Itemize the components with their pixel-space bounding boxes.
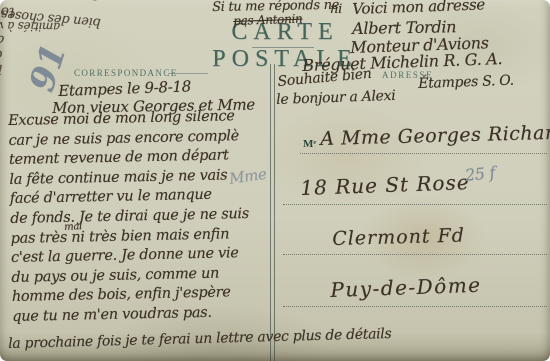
address-line-4: Puy-de-Dôme [330,273,482,302]
postcard-scan: CARTE POSTALE CORRESPONDANCE ADRESSE Mᵉ … [0,0,550,361]
postcard-back: CARTE POSTALE CORRESPONDANCE ADRESSE Mᵉ … [0,0,550,361]
address-ruled-line [283,254,547,256]
inverted-note: dans le journal que le chemin [0,44,2,62]
greeting-line2: le bonjour a Alexi [276,88,396,108]
reply-note-end: ni [330,2,342,17]
correspondence-body: Excuse moi de mon long silence car je ne… [8,106,280,327]
address-ruled-line [283,306,547,308]
address-ruled-line [283,204,547,206]
inverted-note: J. Bordier [39,0,99,2]
correspondance-rule [168,73,208,74]
pencil-price: 25 f [464,163,496,185]
title-rule [252,47,314,48]
address-line-1: A Mme Georges Richard [320,122,550,150]
address-ruled-line [300,153,547,155]
address-line-2: 18 Rue St Rose [300,170,470,200]
address-line-3: Clermont Fd [332,225,465,250]
address-intro: Voici mon adresse [352,0,485,18]
closing-line: la prochaine fois je te ferai un lettre … [8,326,392,352]
sender-location: Étampes S. O. [418,73,514,92]
inserted-word: mal [64,221,82,233]
addressee-prefix: Mᵉ [303,138,316,150]
reply-note-inserted: pas Antonin [233,12,303,28]
correspondance-label: CORRESPONDANCE [74,68,178,78]
